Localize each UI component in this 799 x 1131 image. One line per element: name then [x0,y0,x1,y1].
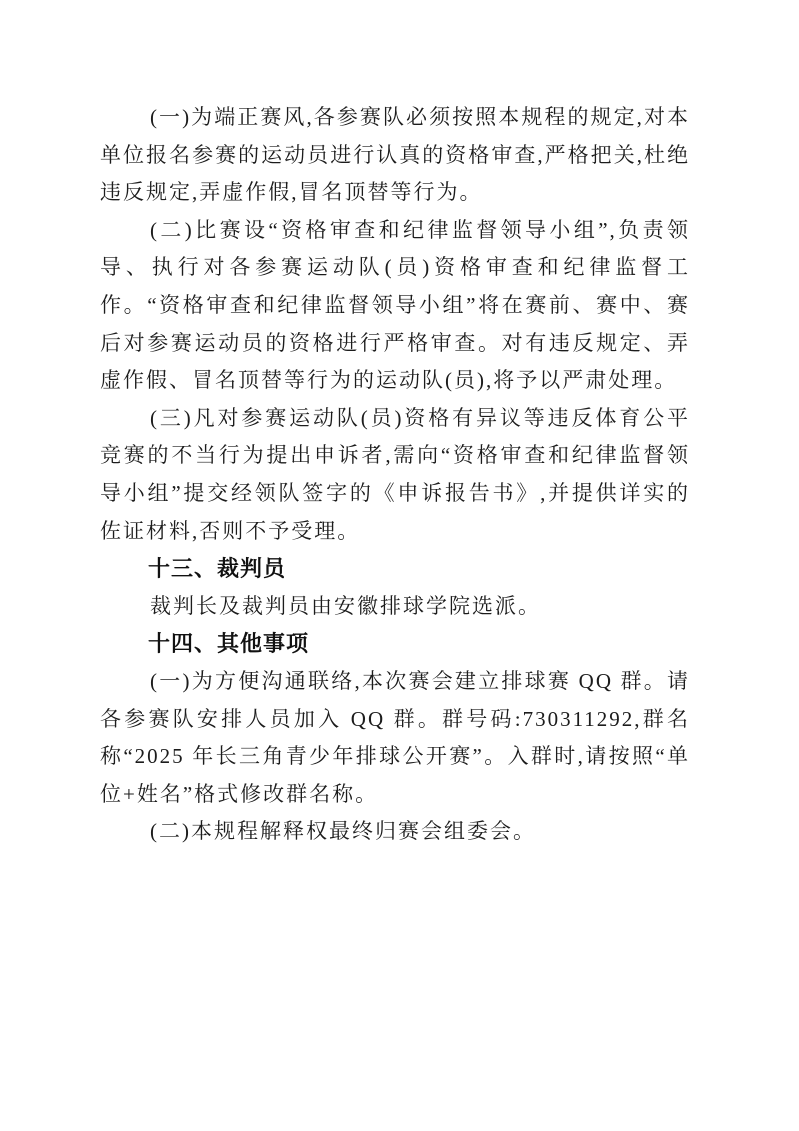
document-body: (一)为端正赛风,各参赛队必须按照本规程的规定,对本单位报名参赛的运动员进行认真… [100,99,690,851]
paragraph-qq-group: (一)为方便沟通联络,本次赛会建立排球赛 QQ 群。请各参赛队安排人员加入 QQ… [100,663,690,813]
paragraph-eligibility-review-2: (二)比赛设“资格审查和纪律监督领导小组”,负责领导、执行对各参赛运动队(员)资… [100,212,690,400]
paragraph-interpretation-rights: (二)本规程解释权最终归赛会组委会。 [100,813,690,851]
paragraph-referees: 裁判长及裁判员由安徽排球学院选派。 [100,588,690,626]
document-page: (一)为端正赛风,各参赛队必须按照本规程的规定,对本单位报名参赛的运动员进行认真… [0,0,799,1131]
heading-referees: 十三、裁判员 [100,550,690,588]
paragraph-eligibility-review-1: (一)为端正赛风,各参赛队必须按照本规程的规定,对本单位报名参赛的运动员进行认真… [100,99,690,212]
paragraph-appeal-procedure: (三)凡对参赛运动队(员)资格有异议等违反体育公平竞赛的不当行为提出申诉者,需向… [100,400,690,550]
heading-other-matters: 十四、其他事项 [100,625,690,663]
